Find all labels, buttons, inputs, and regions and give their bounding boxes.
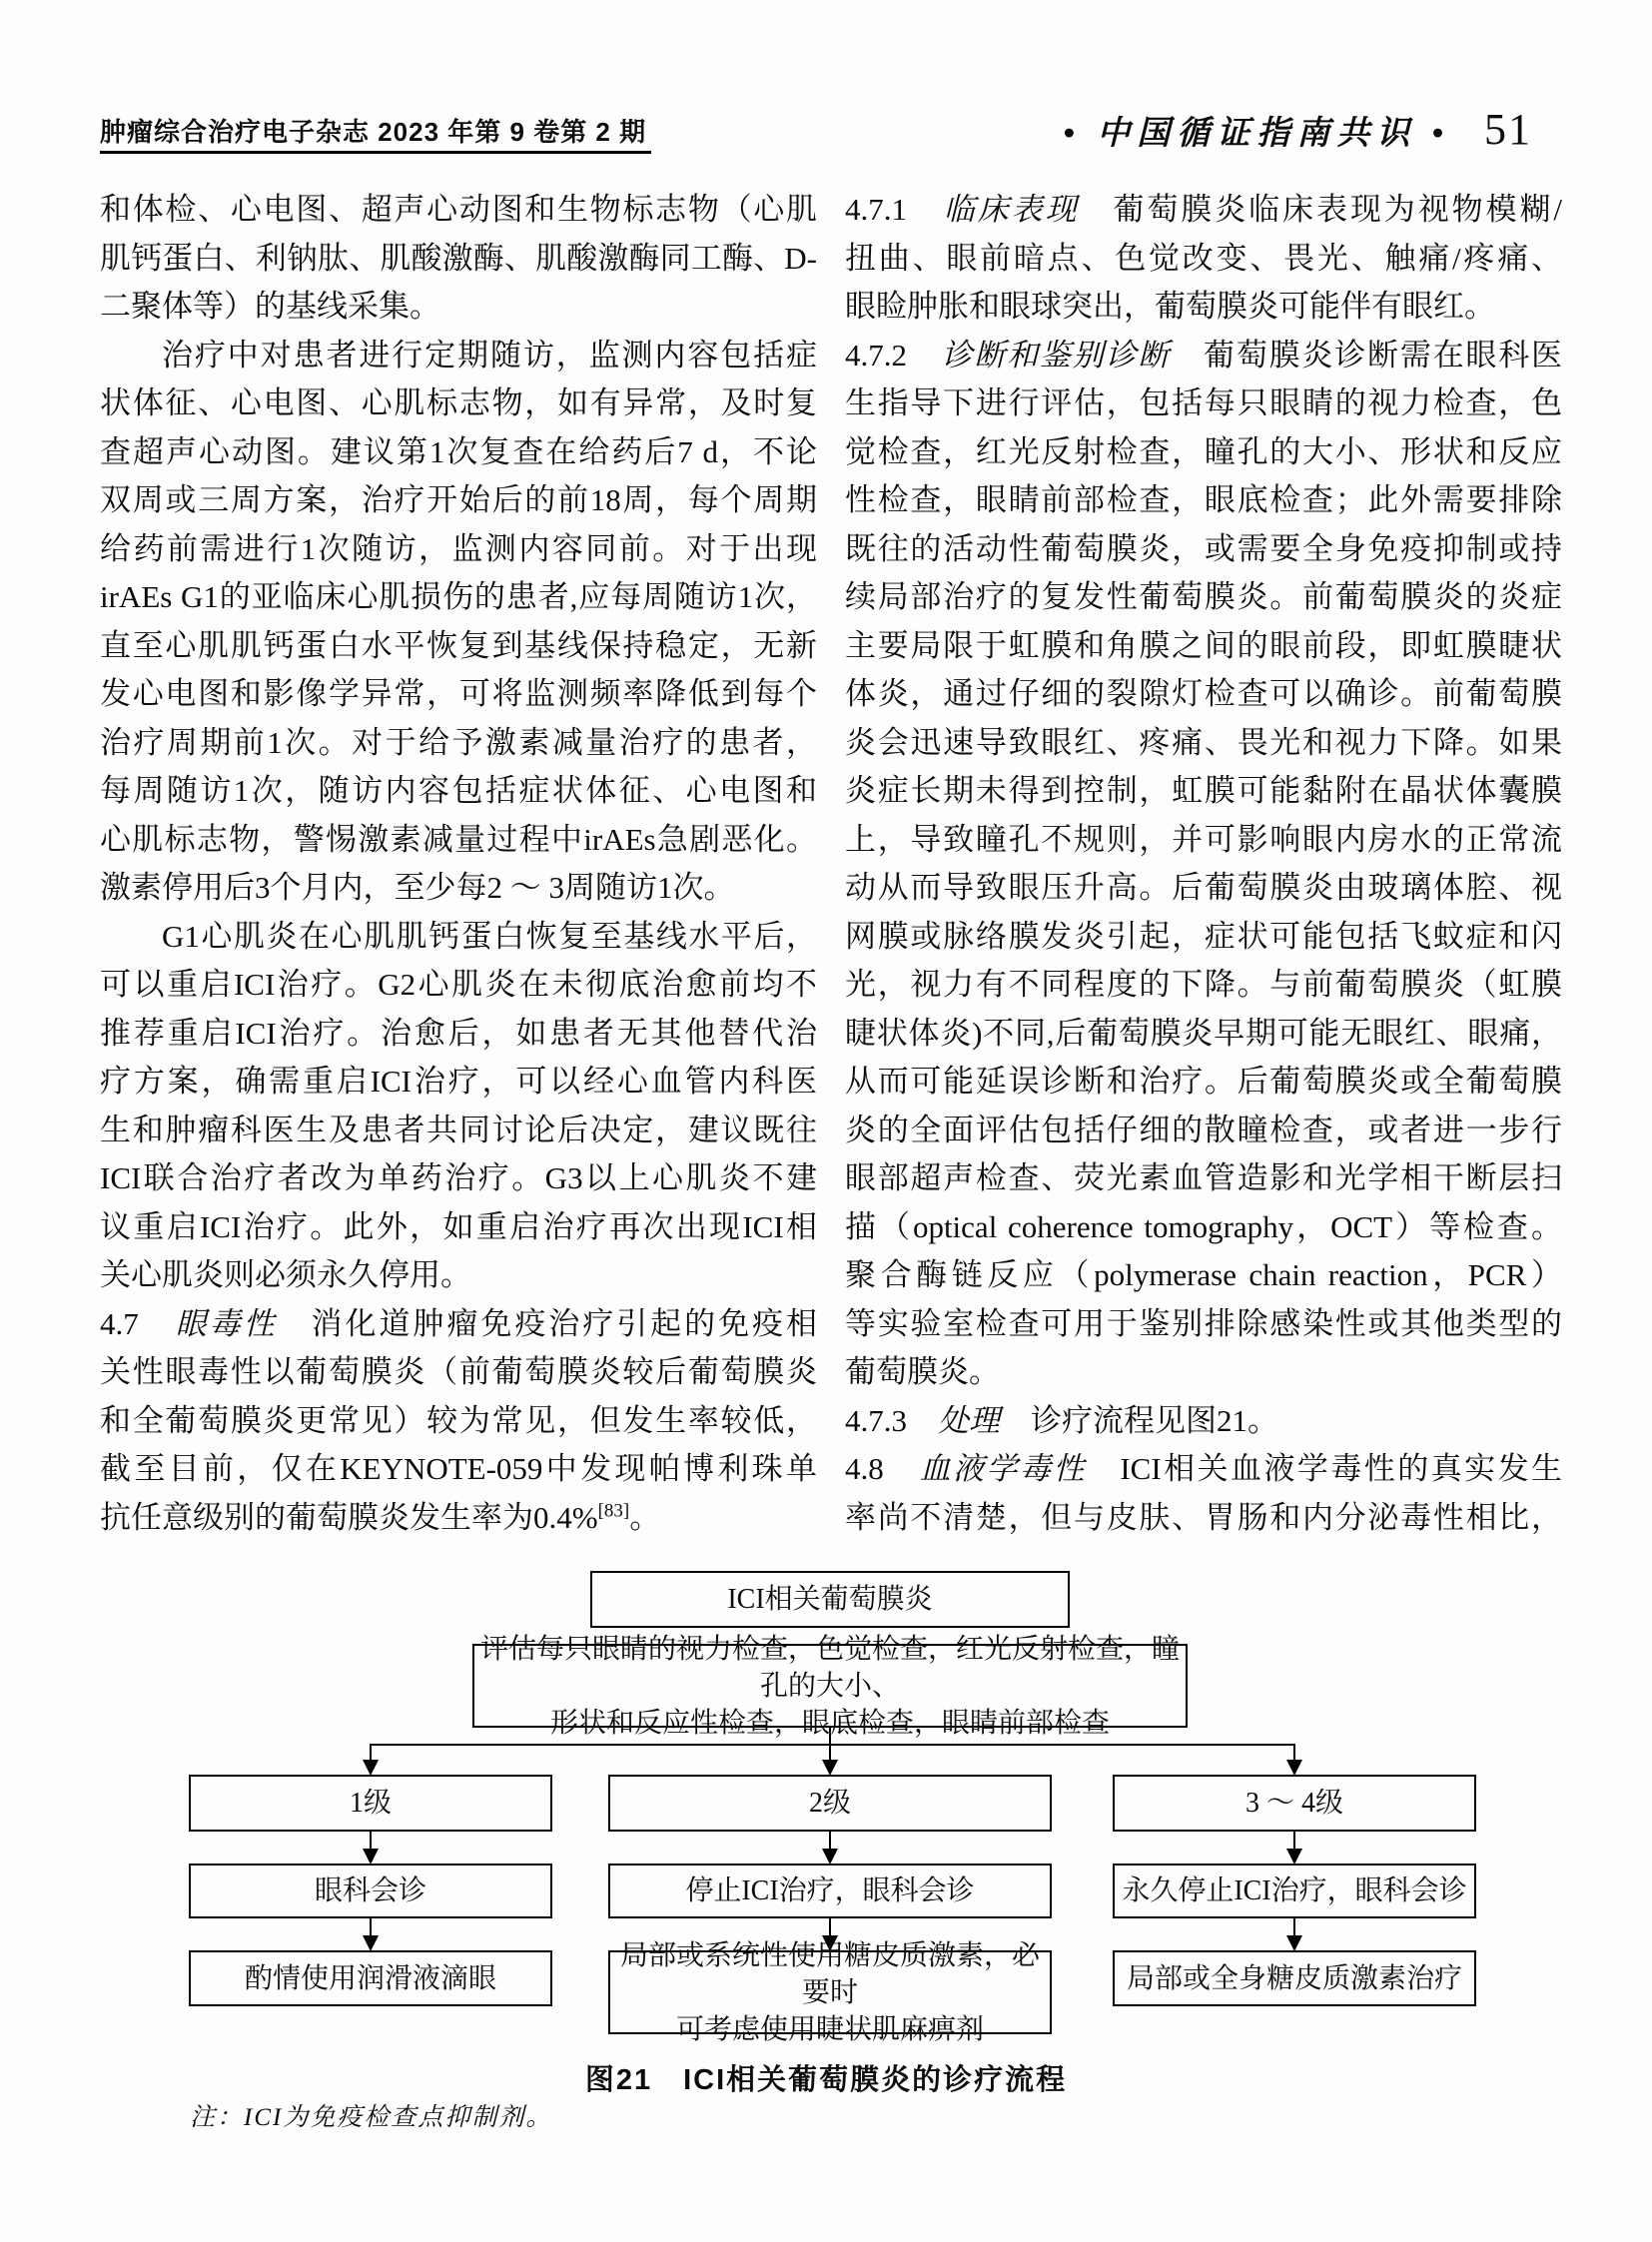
body-text: 生指导下进行评估，包括每只眼睛的视力检查，色 [845,385,1562,420]
body-text: 动从而导致眼压升高。后葡萄膜炎由玻璃体腔、视 [845,870,1562,905]
section-title-text: 眼毒性 [176,1306,278,1341]
header-right: • 中国循证指南共识 • 51 [1063,104,1532,155]
flow-node-treatment3: 局部或全身糖皮质激素治疗 [1113,1950,1476,2006]
journal-page: 肿瘤综合治疗电子杂志 2023 年第 9 卷第 2 期 • 中国循证指南共识 •… [0,0,1652,2242]
text-line: 直至心肌肌钙蛋白水平恢复到基线保持稳定，无新 [100,622,817,671]
flow-node-action2-label: 停止ICI治疗，眼科会诊 [685,1872,974,1909]
journal-title: 肿瘤综合治疗电子杂志 2023 年第 9 卷第 2 期 [100,112,646,149]
text-line: 既往的活动性葡萄膜炎，或需要全身免疫抑制或持 [845,525,1562,574]
body-text: 描（optical coherence tomography，OCT）等检查。 [845,1209,1562,1244]
connector-stem [1293,1918,1295,1935]
flow-node-action3-label: 永久停止ICI治疗，眼科会诊 [1122,1872,1466,1909]
body-text: 议重启ICI治疗。此外，如重启治疗再次出现ICI相 [100,1209,817,1244]
body-text: 抗任意级别的葡萄膜炎发生率为0.4% [100,1500,598,1535]
body-text: 体炎，通过仔细的裂隙灯检查可以确诊。前葡萄膜 [845,676,1562,711]
connector-stem [829,1918,831,1935]
figure-21-flowchart: ICI相关葡萄膜炎 评估每只眼睛的视力检查，色觉检查，红光反射检查，瞳孔的大小、… [97,1538,1555,2197]
body-text: 截至目前，仅在KEYNOTE-059中发现帕博利珠单 [100,1451,817,1486]
body-text: 睫状体炎)不同,后葡萄膜炎早期可能无眼红、眼痛， [845,1016,1562,1051]
text-line: 和体检、心电图、超声心动图和生物标志物（心肌 [100,186,817,235]
text-line: 生和肿瘤科医生及患者共同讨论后决定，建议既往 [100,1107,817,1155]
section-title-text: 诊断和鉴别诊断 [942,338,1172,373]
connector-stem-right [1293,1744,1295,1760]
flow-node-grade3-4: 3 ～ 4级 [1113,1775,1476,1832]
text-line: 抗任意级别的葡萄膜炎发生率为0.4%[83]。 [100,1494,817,1543]
body-text: 查超声心动图。建议第1次复查在给药后7 d，不论 [100,434,817,469]
flow-node-assessment: 评估每只眼睛的视力检查，色觉检查，红光反射检查，瞳孔的大小、 形状和反应性检查，… [472,1644,1188,1728]
body-text: 性检查，眼睛前部检查，眼底检查；此外需要排除 [845,482,1562,517]
body-text: 率尚不清楚，但与皮肤、胃肠和内分泌毒性相比， [845,1500,1562,1535]
text-line: 动从而导致眼压升高。后葡萄膜炎由玻璃体腔、视 [845,864,1562,913]
flow-node-treatment1: 酌情使用润滑液滴眼 [189,1950,552,2006]
body-text: 治疗周期前1次。对于给予激素减量治疗的患者， [100,725,817,760]
text-line: irAEs G1的亚临床心肌损伤的患者,应每周随访1次， [100,573,817,622]
body-text: 和体检、心电图、超声心动图和生物标志物（心肌 [100,192,817,227]
connector-hline [370,1744,1295,1746]
body-text: ICI联合治疗者改为单药治疗。G3以上心肌炎不建 [100,1160,817,1195]
text-line: 治疗中对患者进行定期随访，监测内容包括症 [100,332,817,380]
body-text: 炎会迅速导致眼红、疼痛、畏光和视力下降。如果 [845,725,1562,760]
body-text: 葡萄膜炎临床表现为视物模糊/ [1080,192,1562,227]
body-text: 炎的全面评估包括仔细的散瞳检查，或者进一步行 [845,1113,1562,1147]
body-text: 疗方案，确需重启ICI治疗，可以经心血管内科医 [100,1064,817,1099]
body-text: 葡萄膜炎。 [845,1354,1000,1389]
figure-note: 注：ICI为免疫检查点抑制剂。 [190,2097,552,2133]
reference-superscript: [83] [598,1500,630,1521]
body-text: 扭曲、眼前暗点、色觉改变、畏光、触痛/疼痛、 [845,241,1562,276]
text-line: 生指导下进行评估，包括每只眼睛的视力检查，色 [845,379,1562,428]
body-text: 二聚体等）的基线采集。 [100,289,440,324]
flow-node-treatment2-line1: 局部或系统性使用糖皮质激素，必要时 [610,1937,1050,2011]
text-line: 光，视力有不同程度的下降。与前葡萄膜炎（虹膜 [845,961,1562,1010]
body-text: 心肌标志物，警惕激素减量过程中irAEs急剧恶化。 [100,822,817,857]
section-title-text: 处理 [938,1403,1000,1438]
body-text: 每周随访1次，随访内容包括症状体征、心电图和 [100,773,817,808]
arrow-down-icon [363,1849,379,1865]
connector-stem [370,1832,372,1849]
flow-node-action1-label: 眼科会诊 [315,1872,426,1909]
body-text: 炎症长期未得到控制，虹膜可能黏附在晶状体囊膜 [845,773,1562,808]
text-line: 可以重启ICI治疗。G2心肌炎在未彻底治愈前均不 [100,961,817,1010]
text-line: ICI联合治疗者改为单药治疗。G3以上心肌炎不建 [100,1154,817,1203]
left-column: 和体检、心电图、超声心动图和生物标志物（心肌肌钙蛋白、利钠肽、肌酸激酶、肌酸激酶… [100,186,817,1542]
flow-node-grade1: 1级 [189,1775,552,1832]
flow-node-treatment2: 局部或系统性使用糖皮质激素，必要时 可考虑使用睫状肌麻痹剂 [608,1950,1052,2034]
body-text: 续局部治疗的复发性葡萄膜炎。前葡萄膜炎的炎症 [845,579,1562,614]
body-text: G1心肌炎在心肌肌钙蛋白恢复至基线水平后， [162,919,817,954]
text-line: G1心肌炎在心肌肌钙蛋白恢复至基线水平后， [100,913,817,962]
page-number: 51 [1484,104,1532,155]
body-text: 4.7.1 [845,192,944,227]
arrow-down-icon [1286,1760,1302,1776]
arrow-down-icon [363,1935,379,1951]
body-text: 网膜或脉络膜发炎引起，症状可能包括飞蚊症和闪 [845,919,1562,954]
text-line: 和全葡萄膜炎更常见）较为常见，但发生率较低， [100,1397,817,1446]
arrow-down-icon [1286,1849,1302,1865]
text-line: 眼睑肿胀和眼球突出，葡萄膜炎可能伴有眼红。 [845,283,1562,332]
body-text: irAEs G1的亚临床心肌损伤的患者,应每周随访1次， [100,579,817,614]
text-line: 网膜或脉络膜发炎引起，症状可能包括飞蚊症和闪 [845,913,1562,962]
text-line: 眼部超声检查、荧光素血管造影和光学相干断层扫 [845,1154,1562,1203]
text-line: 续局部治疗的复发性葡萄膜炎。前葡萄膜炎的炎症 [845,573,1562,622]
text-line: 推荐重启ICI治疗。治愈后，如患者无其他替代治 [100,1010,817,1059]
text-line: 炎会迅速导致眼红、疼痛、畏光和视力下降。如果 [845,719,1562,768]
connector-stem [1293,1832,1295,1849]
text-line: 双周或三周方案，治疗开始后的前18周，每个周期 [100,476,817,525]
text-line: 葡萄膜炎。 [845,1348,1562,1397]
text-line: 睫状体炎)不同,后葡萄膜炎早期可能无眼红、眼痛， [845,1010,1562,1059]
body-text: 等实验室检查可用于鉴别排除感染性或其他类型的 [845,1306,1562,1341]
header-rule [100,151,651,154]
flow-node-treatment3-label: 局部或全身糖皮质激素治疗 [1127,1960,1462,1997]
arrow-down-icon [822,1760,838,1776]
body-text: 关性眼毒性以葡萄膜炎（前葡萄膜炎较后葡萄膜炎 [100,1354,817,1389]
body-text: 觉检查，红光反射检查，瞳孔的大小、形状和反应 [845,434,1562,469]
text-line: 炎症长期未得到控制，虹膜可能黏附在晶状体囊膜 [845,767,1562,816]
text-line: 从而可能延误诊断和治疗。后葡萄膜炎或全葡萄膜 [845,1058,1562,1107]
text-line: 上，导致瞳孔不规则，并可影响眼内房水的正常流 [845,816,1562,865]
body-text: 4.8 [845,1451,920,1486]
text-line: 等实验室检查可用于鉴别排除感染性或其他类型的 [845,1300,1562,1349]
body-text: 可以重启ICI治疗。G2心肌炎在未彻底治愈前均不 [100,967,817,1002]
flow-node-action2: 停止ICI治疗，眼科会诊 [608,1864,1052,1918]
body-text: 发心电图和影像学异常，可将监测频率降低到每个 [100,676,817,711]
body-text: 治疗中对患者进行定期随访，监测内容包括症 [162,338,817,373]
body-text: 和全葡萄膜炎更常见）较为常见，但发生率较低， [100,1403,817,1438]
text-line: 炎的全面评估包括仔细的散瞳检查，或者进一步行 [845,1107,1562,1155]
text-line: 主要局限于虹膜和角膜之间的眼前段，即虹膜睫状 [845,622,1562,671]
flow-node-grade3-4-label: 3 ～ 4级 [1245,1785,1343,1822]
text-line: 4.7 眼毒性 消化道肿瘤免疫治疗引起的免疫相 [100,1300,817,1349]
body-text: 直至心肌肌钙蛋白水平恢复到基线保持稳定，无新 [100,628,817,663]
body-text: 聚合酶链反应（polymerase chain reaction，PCR） [845,1257,1562,1292]
text-line: 给药前需进行1次随访，监测内容同前。对于出现 [100,525,817,574]
right-column: 4.7.1 临床表现 葡萄膜炎临床表现为视物模糊/扭曲、眼前暗点、色觉改变、畏光… [845,186,1562,1542]
figure-caption: 图21 ICI相关葡萄膜炎的诊疗流程 [97,2057,1555,2098]
flow-node-action1: 眼科会诊 [189,1864,552,1918]
text-line: 关性眼毒性以葡萄膜炎（前葡萄膜炎较后葡萄膜炎 [100,1348,817,1397]
text-line: 4.7.3 处理 诊疗流程见图21。 [845,1397,1562,1446]
body-text: 光，视力有不同程度的下降。与前葡萄膜炎（虹膜 [845,967,1562,1002]
body-text: 双周或三周方案，治疗开始后的前18周，每个周期 [100,482,817,517]
body-text: 4.7 [100,1306,176,1341]
text-line: 4.7.2 诊断和鉴别诊断 葡萄膜炎诊断需在眼科医 [845,332,1562,380]
body-text: ICI相关血液学毒性的真实发生 [1087,1451,1562,1486]
body-text: 。 [629,1500,660,1535]
body-text: 上，导致瞳孔不规则，并可影响眼内房水的正常流 [845,822,1562,857]
flow-node-root-label: ICI相关葡萄膜炎 [727,1581,932,1618]
text-line: 体炎，通过仔细的裂隙灯检查可以确诊。前葡萄膜 [845,670,1562,719]
connector-stem [829,1832,831,1849]
body-text: 主要局限于虹膜和角膜之间的眼前段，即虹膜睫状 [845,628,1562,663]
text-line: 二聚体等）的基线采集。 [100,283,817,332]
flow-node-grade2-label: 2级 [809,1785,851,1822]
text-line: 疗方案，确需重启ICI治疗，可以经心血管内科医 [100,1058,817,1107]
flow-node-action3: 永久停止ICI治疗，眼科会诊 [1113,1864,1476,1918]
text-line: 扭曲、眼前暗点、色觉改变、畏光、触痛/疼痛、 [845,235,1562,284]
body-text: 关心肌炎则必须永久停用。 [100,1257,471,1292]
body-text: 推荐重启ICI治疗。治愈后，如患者无其他替代治 [100,1016,817,1051]
body-text: 状体征、心电图、心肌标志物，如有异常，及时复 [100,385,817,420]
arrow-down-icon [1286,1935,1302,1951]
text-line: 率尚不清楚，但与皮肤、胃肠和内分泌毒性相比， [845,1494,1562,1543]
body-text: 生和肿瘤科医生及患者共同讨论后决定，建议既往 [100,1113,817,1147]
body-text: 4.7.2 [845,338,942,373]
text-line: 聚合酶链反应（polymerase chain reaction，PCR） [845,1251,1562,1300]
section-banner: • 中国循证指南共识 • [1063,107,1450,154]
body-text: 4.7.3 [845,1403,938,1438]
body-text: 消化道肿瘤免疫治疗引起的免疫相 [278,1306,817,1341]
connector-stem [370,1918,372,1935]
text-line: 议重启ICI治疗。此外，如重启治疗再次出现ICI相 [100,1203,817,1252]
text-line: 肌钙蛋白、利钠肽、肌酸激酶、肌酸激酶同工酶、D- [100,235,817,284]
text-line: 截至目前，仅在KEYNOTE-059中发现帕博利珠单 [100,1445,817,1494]
text-line: 激素停用后3个月内，至少每2 ～ 3周随访1次。 [100,864,817,913]
arrow-down-icon [822,1849,838,1865]
text-line: 心肌标志物，警惕激素减量过程中irAEs急剧恶化。 [100,816,817,865]
body-text: 激素停用后3个月内，至少每2 ～ 3周随访1次。 [100,870,735,905]
text-line: 性检查，眼睛前部检查，眼底检查；此外需要排除 [845,476,1562,525]
text-line: 关心肌炎则必须永久停用。 [100,1251,817,1300]
body-text: 葡萄膜炎诊断需在眼科医 [1171,338,1562,373]
text-line: 每周随访1次，随访内容包括症状体征、心电图和 [100,767,817,816]
flow-node-root: ICI相关葡萄膜炎 [590,1571,1070,1628]
text-line: 状体征、心电图、心肌标志物，如有异常，及时复 [100,379,817,428]
body-text: 眼部超声检查、荧光素血管造影和光学相干断层扫 [845,1160,1562,1195]
arrow-down-icon [363,1760,379,1776]
connector-stem-left [370,1744,372,1760]
flow-node-treatment2-line2: 可考虑使用睫状肌麻痹剂 [676,2011,984,2048]
flow-node-grade2: 2级 [608,1775,1052,1832]
text-line: 觉检查，红光反射检查，瞳孔的大小、形状和反应 [845,428,1562,477]
flow-node-assessment-line1: 评估每只眼睛的视力检查，色觉检查，红光反射检查，瞳孔的大小、 [474,1631,1186,1705]
section-title-text: 血液学毒性 [920,1451,1087,1486]
flow-node-treatment1-label: 酌情使用润滑液滴眼 [245,1960,496,1997]
text-line: 治疗周期前1次。对于给予激素减量治疗的患者， [100,719,817,768]
body-text: 诊疗流程见图21。 [1000,1403,1278,1438]
text-line: 4.7.1 临床表现 葡萄膜炎临床表现为视物模糊/ [845,186,1562,235]
flow-node-grade1-label: 1级 [350,1785,392,1822]
section-title-text: 临床表现 [944,192,1080,227]
text-line: 发心电图和影像学异常，可将监测频率降低到每个 [100,670,817,719]
text-line: 查超声心动图。建议第1次复查在给药后7 d，不论 [100,428,817,477]
body-text: 从而可能延误诊断和治疗。后葡萄膜炎或全葡萄膜 [845,1064,1562,1099]
body-text: 眼睑肿胀和眼球突出，葡萄膜炎可能伴有眼红。 [845,289,1495,324]
body-text: 给药前需进行1次随访，监测内容同前。对于出现 [100,531,817,566]
text-line: 描（optical coherence tomography，OCT）等检查。 [845,1203,1562,1252]
body-text: 既往的活动性葡萄膜炎，或需要全身免疫抑制或持 [845,531,1562,566]
text-line: 4.8 血液学毒性 ICI相关血液学毒性的真实发生 [845,1445,1562,1494]
body-text: 肌钙蛋白、利钠肽、肌酸激酶、肌酸激酶同工酶、D- [100,241,817,276]
